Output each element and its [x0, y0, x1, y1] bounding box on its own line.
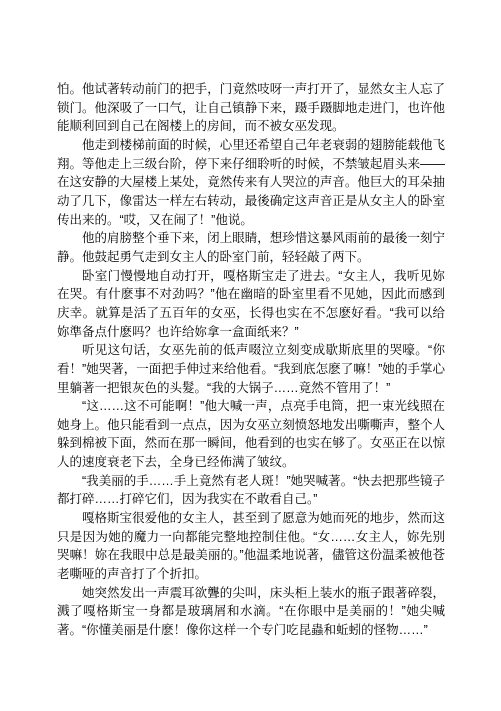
paragraph-8: 嘎格斯宝很爱他的女主人，甚至到了愿意为她而死的地步，然而这只是因为她的魔力一向都…: [57, 509, 445, 584]
book-page: 怕。他试著转动前门的把手，门竟然吱呀一声打开了，显然女主人忘了锁门。他深吸了一口…: [57, 80, 445, 640]
paragraph-6: “这……这不可能啊！”他大喊一声，点亮手电筒，把一束光线照在她身上。他只能看到一…: [57, 397, 445, 472]
paragraph-7: “我美丽的手……手上竟然有老人斑！”她哭喊著。“快去把那些镜子都打碎……打碎它们…: [57, 472, 445, 509]
paragraph-1: 怕。他试著转动前门的把手，门竟然吱呀一声打开了，显然女主人忘了锁门。他深吸了一口…: [57, 80, 445, 136]
paragraph-5: 听见这句话，女巫先前的低声啜泣立刻变成歇斯底里的哭嚎。“你看！”她哭著，一面把手…: [57, 341, 445, 397]
paragraph-9: 她突然发出一声震耳欲聾的尖叫，床头柜上装水的瓶子跟著碎裂，溅了嘎格斯宝一身都是玻…: [57, 584, 445, 640]
paragraph-2: 他走到楼梯前面的时候，心里还希望自己年老衰弱的翅膀能载他飞翔。等他走上三级台阶，…: [57, 136, 445, 229]
paragraph-3: 他的肩膀整个垂下来，闭上眼睛，想珍惜这暴风雨前的最後一刻宁静。他鼓起勇气走到女主…: [57, 229, 445, 266]
paragraph-4: 卧室门慢慢地自动打开，嘎格斯宝走了进去。“女主人，我听见妳在哭。有什麽事不对劲吗…: [57, 267, 445, 342]
